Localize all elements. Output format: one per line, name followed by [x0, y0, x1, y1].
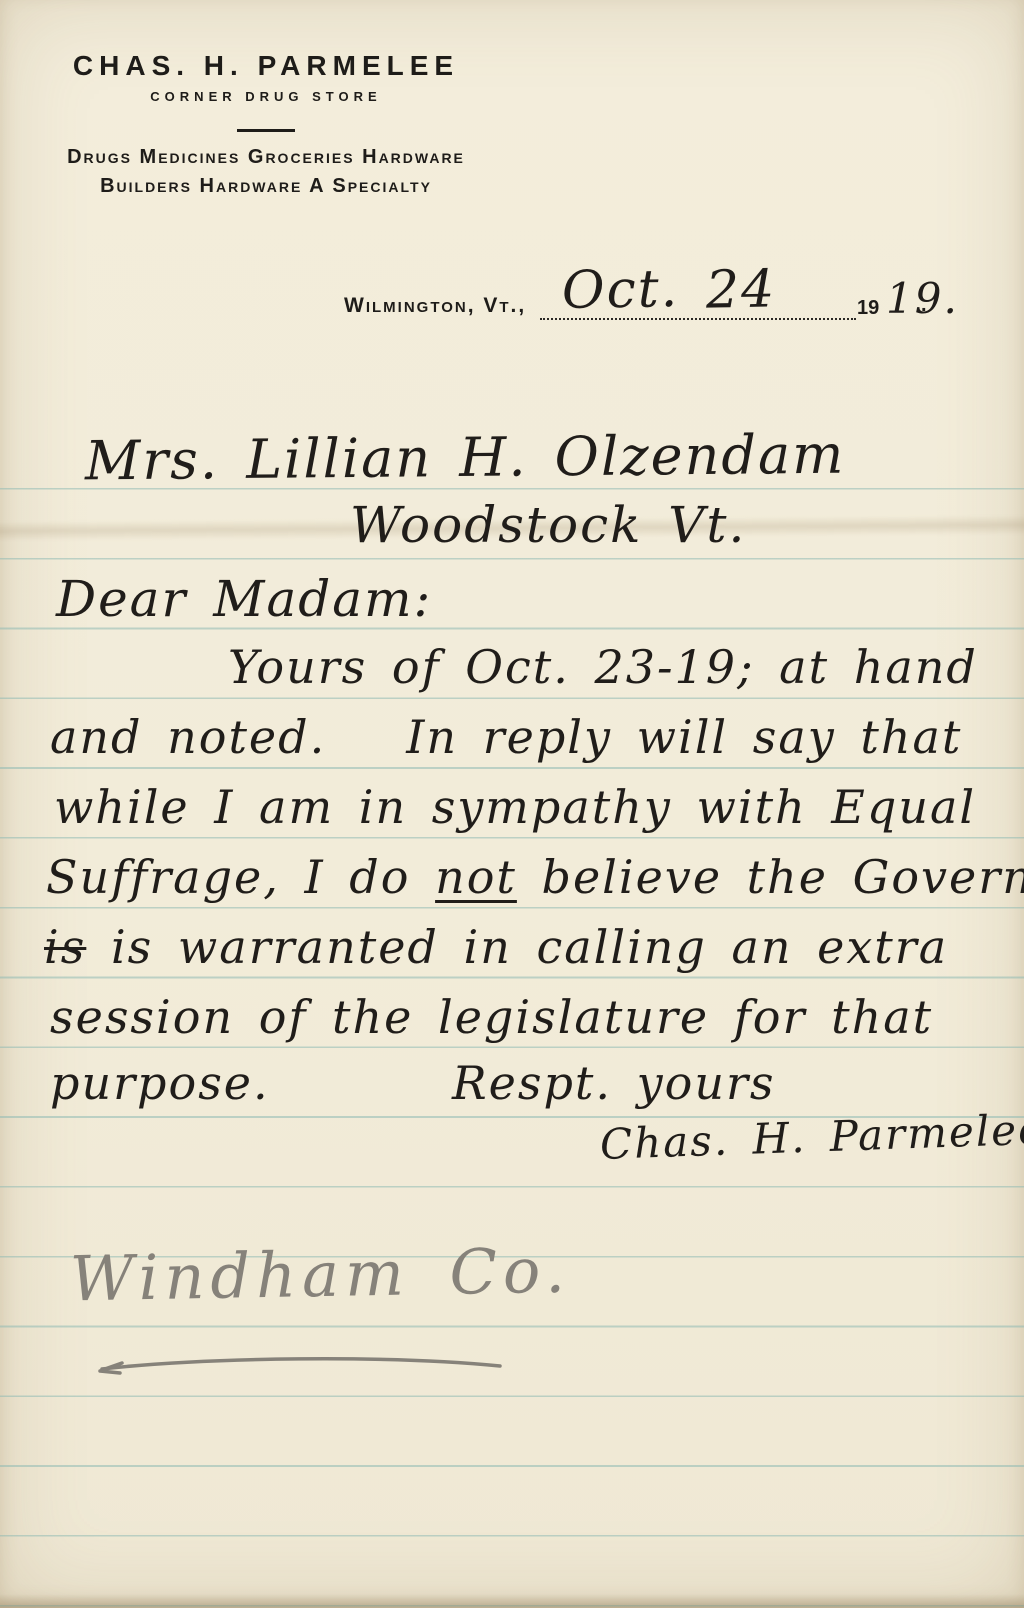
- body-line-2a: and noted.: [50, 710, 326, 764]
- body-line-2b: In reply will say that: [406, 710, 962, 764]
- letterhead-name: CHAS. H. PARMELEE: [0, 50, 532, 82]
- body-line-4: Suffrage, I do not believe the Governor: [46, 852, 1024, 903]
- letter-scan-page: CHAS. H. PARMELEE CORNER DRUG STORE Drug…: [0, 0, 1024, 1608]
- body-line-2: and noted.In reply will say that: [50, 712, 962, 763]
- recipient-address: Woodstock Vt.: [350, 498, 746, 553]
- recipient-name: Mrs. Lillian H. Olzendam: [85, 425, 846, 491]
- body-line-3: while I am in sympathy with Equal: [54, 782, 976, 833]
- body-line-6: session of the legislature for that: [50, 992, 933, 1043]
- body-line-4c: believe the Governor: [517, 850, 1024, 904]
- printed-end-dot: .: [921, 294, 927, 317]
- letterhead-store-line: CORNER DRUG STORE: [0, 89, 532, 104]
- body-line-5b: is warranted in calling an extra: [86, 920, 948, 974]
- body-line-7-purpose: purpose.: [50, 1058, 270, 1109]
- pencil-county-note: Windham Co.: [69, 1234, 571, 1316]
- handwritten-day: 24: [706, 261, 777, 319]
- pencil-underline: [88, 1348, 518, 1384]
- letterhead-specialty-line: Builders Hardware A Specialty: [0, 175, 532, 198]
- salutation: Dear Madam:: [56, 572, 432, 627]
- printed-year-prefix: 19: [857, 297, 879, 320]
- struck-word-is: is: [44, 920, 86, 974]
- closing-respt-yours: Respt. yours: [452, 1058, 776, 1109]
- dateline-place: Wilmington, Vt.,: [344, 294, 526, 318]
- body-line-5: is is warranted in calling an extra: [44, 922, 948, 973]
- body-line-4a: Suffrage, I do: [46, 850, 435, 904]
- letterhead-goods-line: Drugs Medicines Groceries Hardware: [0, 146, 532, 169]
- letterhead-divider-rule: [237, 129, 295, 132]
- body-line-1: Yours of Oct. 23-19; at hand: [228, 642, 978, 693]
- underlined-word-not: not: [435, 850, 517, 904]
- handwritten-month: Oct.: [562, 261, 680, 320]
